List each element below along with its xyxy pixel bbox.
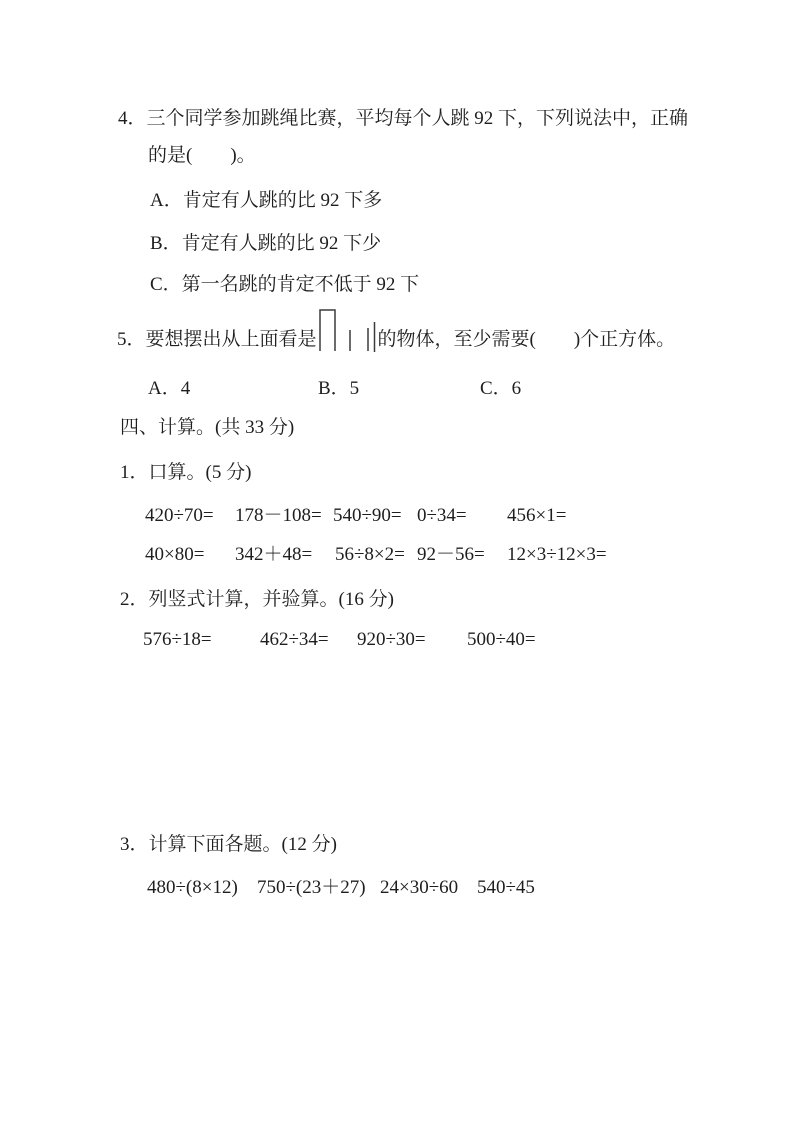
oral-calc-expression: 456×1= <box>507 504 566 528</box>
question-5-option-a: A．4 <box>148 377 190 401</box>
oral-calc-expression: 0÷34= <box>417 504 467 528</box>
mixed-calc-expression: 24×30÷60 <box>380 876 458 900</box>
mixed-calc-header: 3．计算下面各题。(12 分) <box>120 833 337 857</box>
question-5-suffix: 的物体，至少需要( )个正方体。 <box>378 328 676 352</box>
question-4-line2: 的是( )。 <box>148 144 256 168</box>
vertical-calc-expression: 500÷40= <box>467 628 536 652</box>
question-5-line: 5．要想摆出从上面看是 的物体，至少需要( )个正方体。 <box>117 309 675 352</box>
oral-calc-expression: 420÷70= <box>145 504 214 528</box>
mixed-calc-expression: 750÷(23＋27) <box>257 876 366 900</box>
oral-calc-expression: 12×3÷12×3= <box>507 543 607 567</box>
mixed-calc-expression: 540÷45 <box>477 876 535 900</box>
oral-calc-expression: 56÷8×2= <box>335 543 405 567</box>
question-4-option-c: C．第一名跳的肯定不低于 92 下 <box>150 273 419 297</box>
vertical-calc-expression: 462÷34= <box>260 628 329 652</box>
section-4-header: 四、计算。(共 33 分) <box>120 416 294 440</box>
mixed-calc-expression: 480÷(8×12) <box>147 876 238 900</box>
oral-calc-expression: 40×80= <box>145 543 204 567</box>
top-view-squares-figure <box>319 309 376 352</box>
question-5-prefix: 5．要想摆出从上面看是 <box>117 328 317 352</box>
oral-calc-expression: 540÷90= <box>333 504 402 528</box>
vertical-calc-header: 2．列竖式计算，并验算。(16 分) <box>120 588 394 612</box>
vertical-calc-expression: 576÷18= <box>143 628 212 652</box>
oral-calc-expression: 342＋48= <box>235 543 312 567</box>
oral-calc-expression: 92－56= <box>417 543 485 567</box>
question-5-option-c: C．6 <box>480 377 521 401</box>
question-5-option-b: B．5 <box>318 377 359 401</box>
oral-calc-header: 1．口算。(5 分) <box>120 461 251 485</box>
question-4-option-a: A．肯定有人跳的比 92 下多 <box>150 189 382 213</box>
vertical-calc-expression: 920÷30= <box>357 628 426 652</box>
oral-calc-expression: 178－108= <box>235 504 322 528</box>
test-paper-page: 4．三个同学参加跳绳比赛，平均每个人跳 92 下，下列说法中，正确 的是( )。… <box>0 0 793 1122</box>
question-4-option-b: B．肯定有人跳的比 92 下少 <box>150 232 381 256</box>
question-4-line1: 4．三个同学参加跳绳比赛，平均每个人跳 92 下，下列说法中，正确 <box>118 107 688 131</box>
